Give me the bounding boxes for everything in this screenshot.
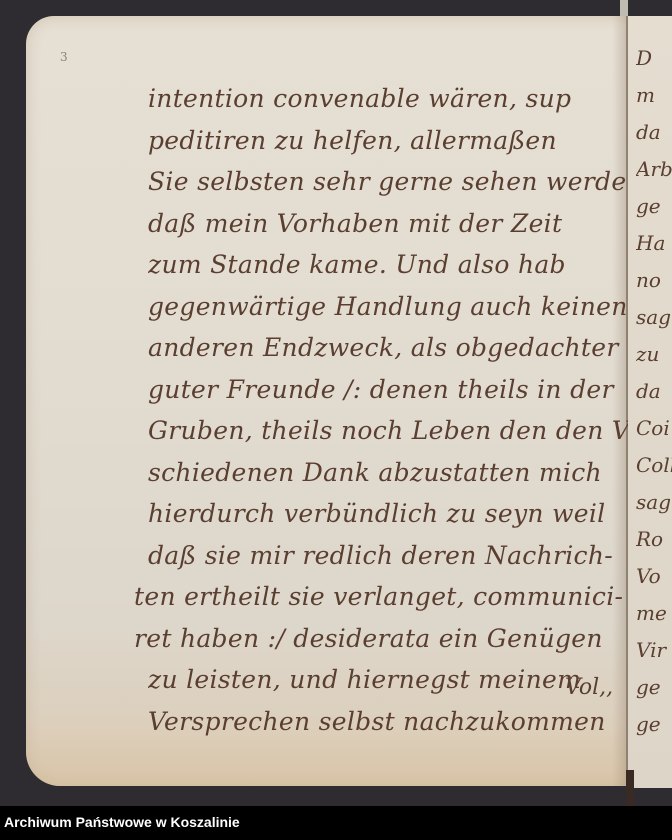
manuscript-scan: 3 intention convenable wären, sup pediti… [0,0,672,806]
facing-line: me [636,595,672,632]
facing-line: da [636,373,672,410]
facing-page-text: D m da Arb ge Ha no sag zu da Coi Coll s… [636,40,672,743]
facing-line: Coi [636,410,672,447]
archive-name: Archiwum Państwowe w Koszalinie [4,814,240,830]
facing-line: sag [636,299,672,336]
text-line: ret haben :/ desiderata ein Genügen [134,618,628,660]
binding-edge [626,770,634,806]
facing-line: no [636,262,672,299]
text-line: schiedenen Dank abzustatten mich [148,452,628,494]
text-line: Gruben, theils noch Leben den den Ver- [148,410,628,452]
text-line: intention convenable wären, sup [148,78,628,120]
facing-line: Vo [636,558,672,595]
folio-number: 3 [60,50,68,64]
facing-line: D [636,40,672,77]
facing-line: m [636,77,672,114]
text-line: ten ertheilt sie verlanget, communici- [134,576,628,618]
text-line: hierdurch verbündlich zu seyn weil [148,493,628,535]
text-line: peditiren zu helfen, allermaßen [148,120,628,162]
facing-line: ge [636,669,672,706]
text-line: guter Freunde /: denen theils in der [148,369,628,411]
facing-line: Coll [636,447,672,484]
handwritten-text-block: intention convenable wären, sup peditire… [148,78,628,742]
text-line: anderen Endzweck, als obgedachter [148,327,628,369]
facing-line: Vir [636,632,672,669]
facing-line: ge [636,188,672,225]
text-line: daß mein Vorhaben mit der Zeit [148,203,628,245]
text-line: gegenwärtige Handlung auch keinen [148,286,628,328]
text-line: Sie selbsten sehr gerne sehen werden [148,161,628,203]
text-line: Versprechen selbst nachzukommen [148,701,628,743]
facing-line: Arb [636,151,672,188]
facing-line: sag [636,484,672,521]
archive-footer: Archiwum Państwowe w Koszalinie [0,806,672,840]
facing-line: Ro [636,521,672,558]
facing-line: ge [636,706,672,743]
text-line: daß sie mir redlich deren Nachrich- [148,535,628,577]
facing-line: da [636,114,672,151]
facing-line: Ha [636,225,672,262]
text-line: zu leisten, und hiernegst meinem [148,659,628,701]
facing-line: zu [636,336,672,373]
binding-clip [620,0,628,16]
text-line: zum Stande kame. Und also hab [148,244,628,286]
catchword: Vol,, [565,675,613,700]
